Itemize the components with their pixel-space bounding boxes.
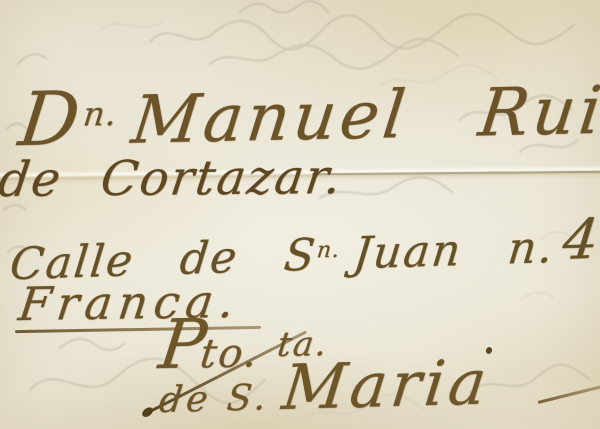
city-prefix: de S. — [157, 377, 272, 421]
handwritten-letter-scan: Dn.Manuel Ruiz de Cortazar. Calle de Sn.… — [0, 0, 600, 429]
recipient-name-line: Dn.Manuel Ruiz — [15, 71, 600, 158]
city-name: Maria — [279, 345, 494, 424]
honorific-initial: D — [15, 76, 89, 164]
recipient-surname-line: de Cortazar. — [0, 153, 346, 204]
san-superscript: n. — [316, 238, 342, 264]
honorific-superscript: n. — [81, 94, 119, 134]
city-line: de S.Maria — [157, 351, 493, 422]
recipient-name: Manuel Ruiz — [128, 71, 600, 159]
maria-flourish-stroke — [538, 385, 600, 404]
recipient-surname: de Cortazar. — [0, 149, 346, 208]
street-name-2: Juan n. — [351, 222, 557, 280]
house-number: 48 — [560, 205, 600, 272]
